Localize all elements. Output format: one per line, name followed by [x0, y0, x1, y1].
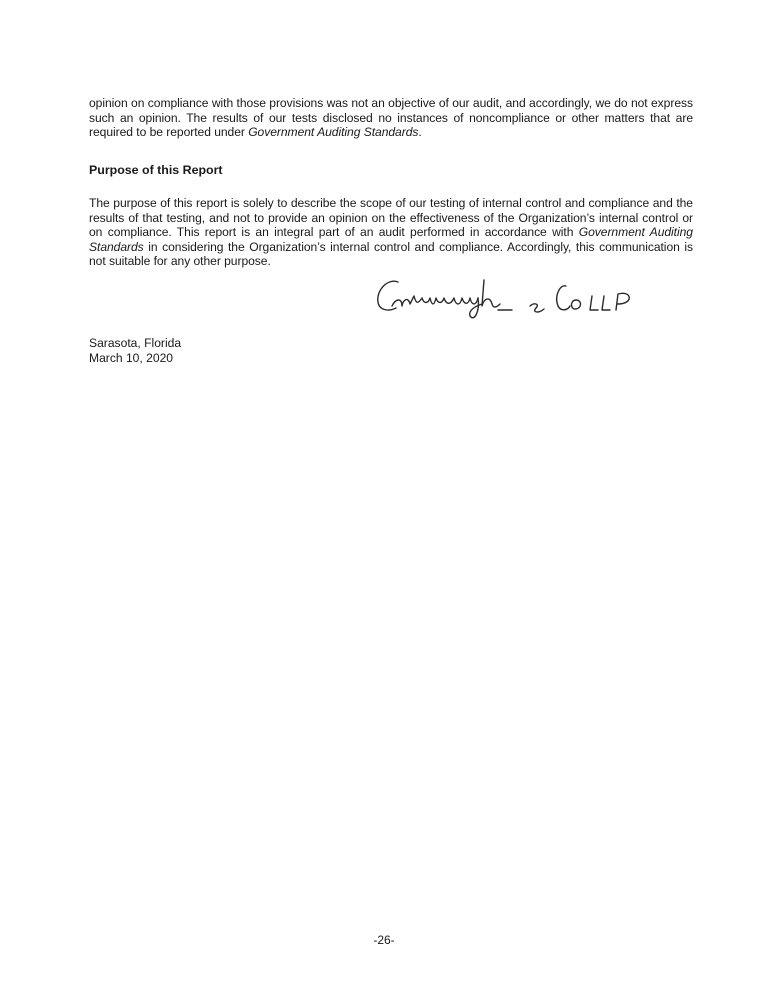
standards-title: Government Auditing Standards	[248, 125, 418, 139]
purpose-text-end: in considering the Organization’s intern…	[89, 240, 693, 269]
signature-icon	[370, 276, 675, 326]
page-number: -26-	[0, 933, 768, 947]
compliance-text-end: .	[418, 125, 421, 139]
purpose-paragraph: The purpose of this report is solely to …	[89, 196, 693, 269]
report-location: Sarasota, Florida	[89, 336, 181, 351]
report-date: March 10, 2020	[89, 351, 181, 366]
section-heading: Purpose of this Report	[89, 163, 223, 178]
firm-signature	[370, 276, 675, 326]
signature-block: Sarasota, Florida March 10, 2020	[89, 336, 181, 365]
document-page: opinion on compliance with those provisi…	[0, 0, 768, 994]
compliance-paragraph: opinion on compliance with those provisi…	[89, 96, 693, 140]
